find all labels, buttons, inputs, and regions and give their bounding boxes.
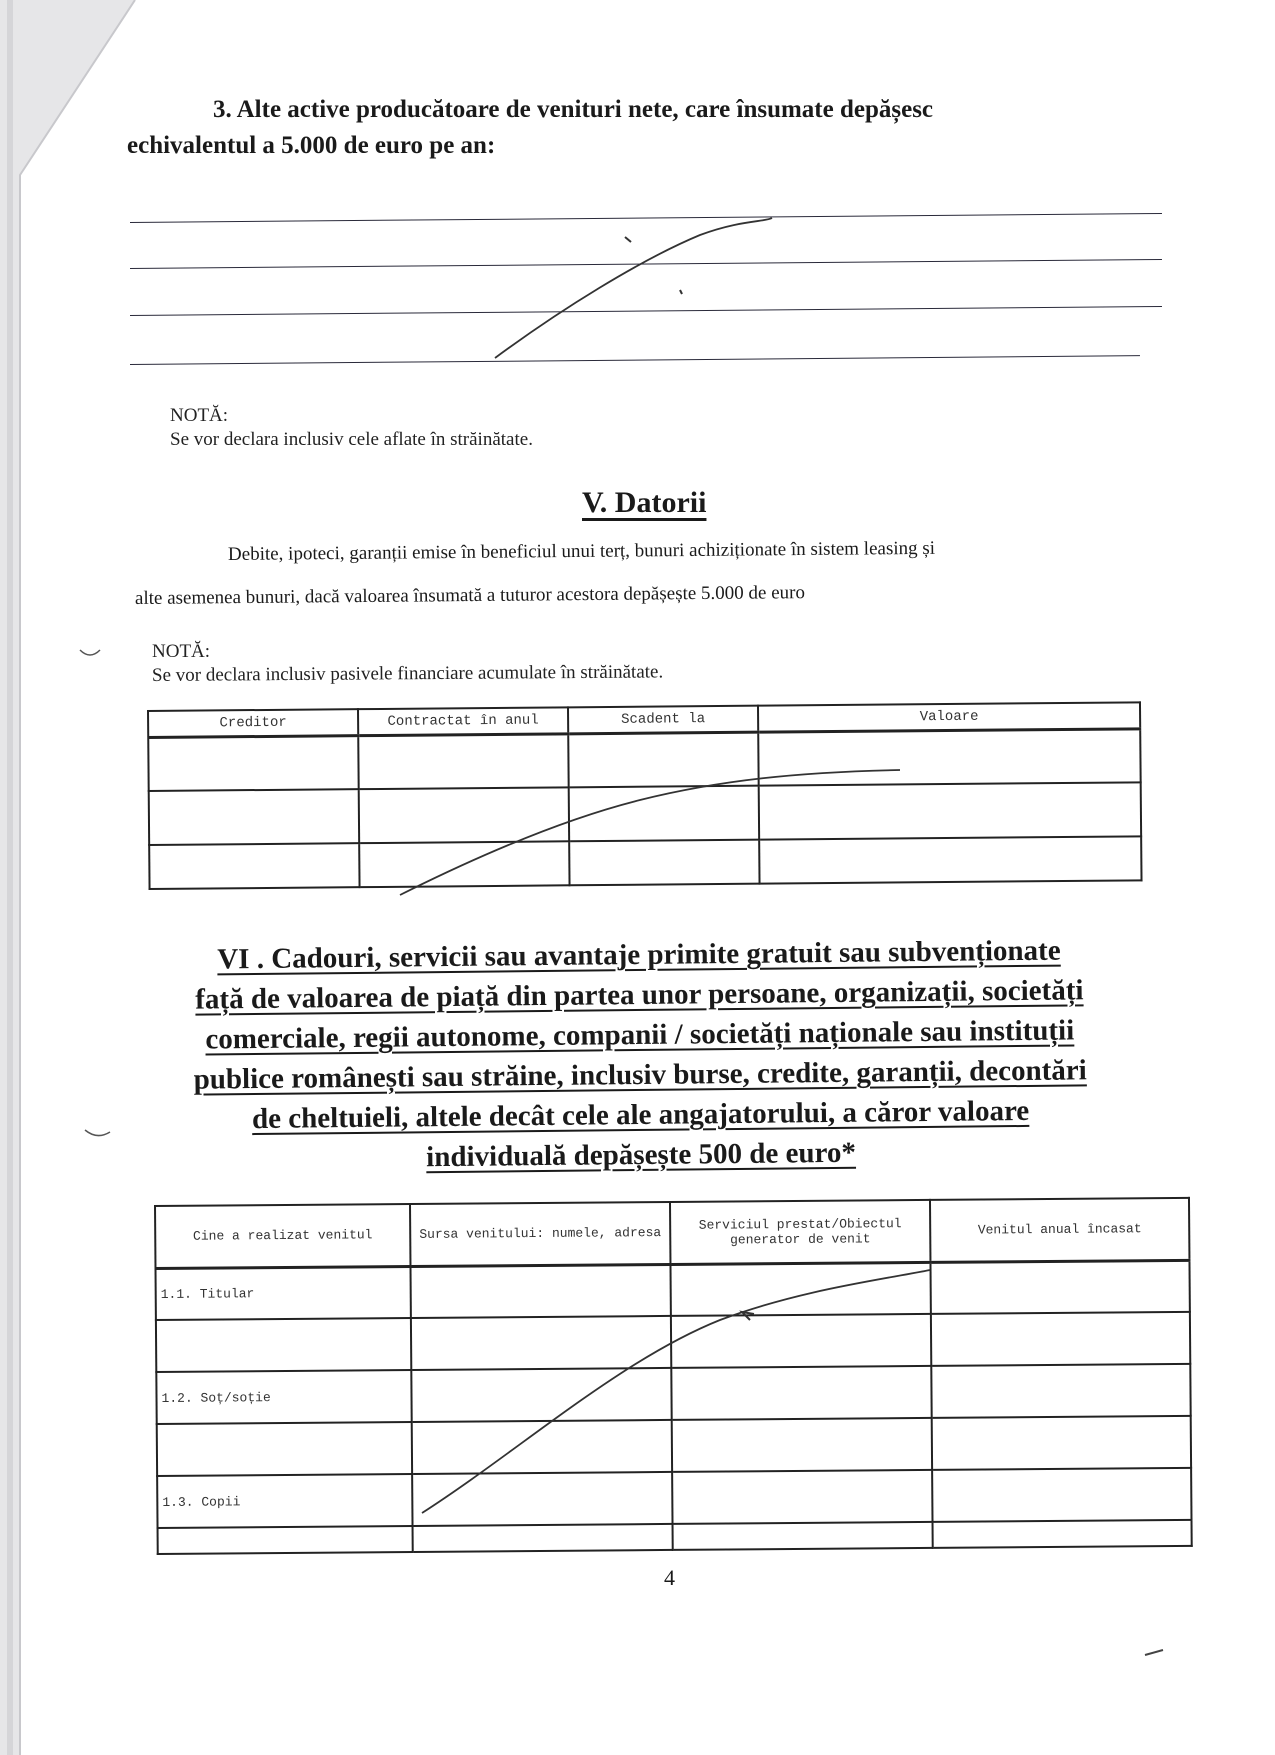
cell[interactable]: [358, 733, 568, 789]
cell[interactable]: [359, 787, 569, 843]
intro-line1: Debite, ipoteci, garanții emise în benef…: [228, 537, 935, 567]
scan-fold-edge: [0, 0, 160, 1755]
cell[interactable]: [569, 786, 759, 842]
row-label: [157, 1422, 412, 1476]
title-line: VI . Cadouri, servicii sau avantaje prim…: [217, 935, 1061, 976]
gifts-table: Cine a realizat venitul Sursa venitului:…: [154, 1197, 1193, 1555]
table-row: 1.2. Soț/soție: [156, 1364, 1190, 1424]
cell[interactable]: [758, 728, 1140, 785]
table-row: 1.1. Titular: [155, 1260, 1189, 1320]
cell[interactable]: [671, 1366, 931, 1420]
cell[interactable]: [932, 1416, 1191, 1470]
table-row: [156, 1312, 1190, 1372]
column-header: Venitul anual încasat: [930, 1198, 1189, 1262]
cell[interactable]: [149, 789, 359, 845]
column-header: Cine a realizat venitul: [155, 1204, 410, 1268]
row-label: 1.2. Soț/soție: [156, 1370, 411, 1424]
cell[interactable]: [932, 1468, 1191, 1522]
column-header: Serviciul prestat/Obiectul generator de …: [670, 1200, 930, 1264]
cell[interactable]: [933, 1520, 1192, 1548]
table-row: 1.3. Copii: [157, 1468, 1191, 1528]
title-line: individuală depășește 500 de euro*: [426, 1137, 856, 1173]
cell[interactable]: [149, 843, 359, 889]
entry-line: [130, 213, 1162, 223]
section-heading-line2: echivalentul a 5.000 de euro pe an:: [127, 128, 495, 164]
column-header: Contractat în anul: [358, 707, 568, 735]
page-number: 4: [664, 1565, 675, 1591]
cell[interactable]: [671, 1314, 931, 1368]
note-label: NOTĂ:: [170, 404, 228, 428]
column-header: Valoare: [758, 702, 1140, 731]
section-title-datorii: V. Datorii: [582, 486, 706, 520]
debts-table: Creditor Contractat în anul Scadent la V…: [147, 701, 1143, 890]
column-header: Scadent la: [568, 706, 758, 734]
row-label: 1.1. Titular: [155, 1266, 410, 1320]
row-label: [158, 1526, 413, 1554]
cell[interactable]: [148, 735, 358, 791]
cell[interactable]: [359, 841, 569, 887]
cell[interactable]: [412, 1472, 672, 1526]
cell[interactable]: [673, 1522, 933, 1550]
title-line: de cheltuieli, altele decât cele ale ang…: [252, 1095, 1029, 1135]
title-line: publice românești sau străine, inclusiv …: [194, 1054, 1087, 1095]
cell[interactable]: [672, 1418, 932, 1472]
cell[interactable]: [411, 1316, 671, 1370]
table-row: [149, 782, 1141, 845]
section-heading-line1: 3. Alte active producătoare de venituri …: [213, 92, 933, 128]
intro-line2: alte asemenea bunuri, dacă valoarea însu…: [135, 581, 805, 611]
cell[interactable]: [759, 782, 1141, 839]
section-title-cadouri: VI . Cadouri, servicii sau avantaje prim…: [139, 930, 1141, 1180]
table-header-row: Cine a realizat venitul Sursa venitului:…: [155, 1198, 1189, 1268]
table-row: [148, 728, 1140, 791]
cell[interactable]: [672, 1470, 932, 1524]
cell[interactable]: [568, 732, 758, 788]
cell[interactable]: [410, 1264, 670, 1318]
table-row: [149, 836, 1141, 889]
entry-line: [130, 355, 1140, 365]
note-text: Se vor declara inclusiv pasivele financi…: [152, 660, 663, 688]
entry-line: [130, 306, 1162, 316]
entry-line: [130, 259, 1162, 269]
cell[interactable]: [931, 1312, 1190, 1366]
cell[interactable]: [569, 840, 759, 886]
column-header: Sursa venitului: numele, adresa: [410, 1202, 670, 1266]
cell[interactable]: [413, 1524, 673, 1552]
column-header: Creditor: [148, 709, 358, 737]
note-text: Se vor declara inclusiv cele aflate în s…: [170, 428, 533, 452]
row-label: [156, 1318, 411, 1372]
title-line: față de valoarea de piață din partea uno…: [195, 974, 1083, 1015]
cell[interactable]: [412, 1420, 672, 1474]
row-label: 1.3. Copii: [157, 1474, 412, 1528]
cell[interactable]: [411, 1368, 671, 1422]
note-label: NOTĂ:: [152, 640, 210, 664]
cell[interactable]: [670, 1262, 930, 1316]
cell[interactable]: [931, 1364, 1190, 1418]
cell[interactable]: [759, 836, 1141, 883]
cell[interactable]: [930, 1260, 1189, 1314]
title-line: comerciale, regii autonome, companii / s…: [205, 1014, 1074, 1055]
table-row: [157, 1416, 1191, 1476]
